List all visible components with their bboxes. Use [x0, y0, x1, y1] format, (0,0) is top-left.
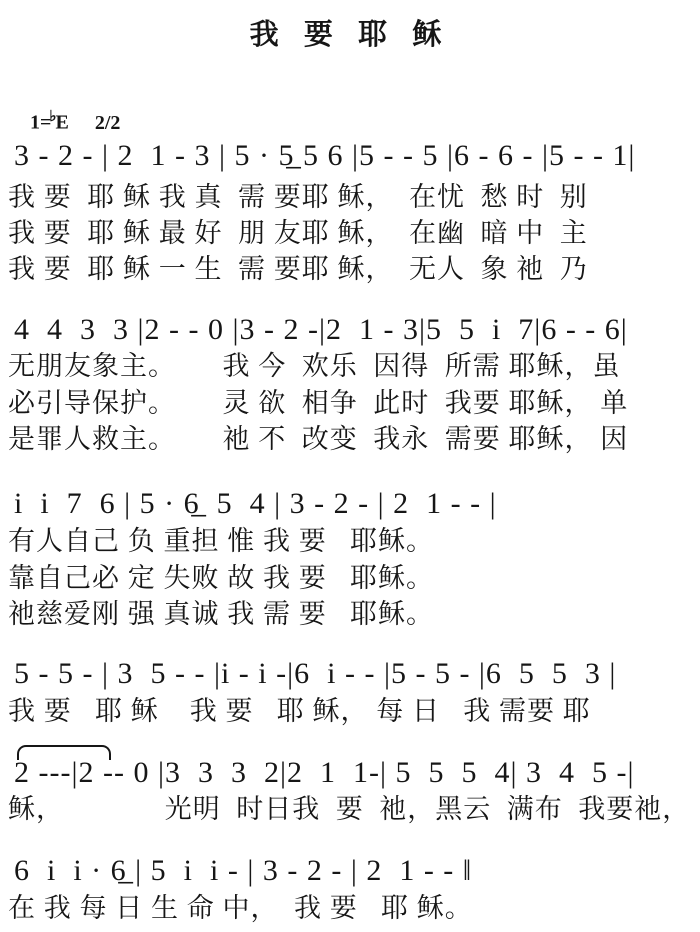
lyrics-verse2-line-2: 必引导保护。 灵 欲 相争 此时 我要 耶稣， 单 [8, 388, 628, 419]
notation-line-3: i i 7 6 | 5 · 6̲ 5 4 | 3 - 2 - | 2 1 - -… [14, 489, 497, 519]
key-letter: E [55, 112, 68, 134]
lyrics-refrain-line-1: 我 要 耶 稣 我 要 耶 稣， 每 日 我 需要 耶 [8, 696, 591, 727]
notation-line-6: 6 i i · 6̲ | 5 i i - | 3 - 2 - | 2 1 - -… [14, 856, 472, 886]
time-signature: 2/2 [95, 112, 121, 134]
lyrics-verse2-line-1: 我 要 耶 稣 最 好 朋 友耶 稣， 在幽 暗 中 主 [8, 218, 588, 249]
lyrics-verse3-line-3: 祂慈爱刚 强 真诚 我 需 要 耶稣。 [8, 599, 434, 630]
notation-line-5: 2 ---|2 -- 0 |3 3 3 2|2 1 1-| 5 5 5 4| 3… [14, 758, 634, 788]
lyrics-refrain-line-3: 在 我 每 日 生 命 中， 我 要 耶 稣。 [8, 893, 473, 924]
lyrics-verse3-line-2: 是罪人救主。 祂 不 改变 我永 需要 耶稣， 因 [8, 424, 628, 455]
notation-line-1: 3 - 2 - | 2 1 - 3 | 5 · 5̲ 5 6 |5 - - 5 … [14, 141, 635, 171]
page-title: 我 要 耶 稣 [0, 12, 700, 53]
lyrics-verse1-line-1: 我 要 耶 稣 我 真 需 要耶 稣， 在忧 愁 时 别 [8, 182, 588, 213]
notation-line-4: 5 - 5 - | 3 5 - - |i - i -|6 i - - |5 - … [14, 659, 616, 689]
lyrics-verse2-line-3: 靠自己必 定 失败 故 我 要 耶稣。 [8, 563, 434, 594]
sheet-music-page: 我 要 耶 稣 1=♭E2/2 3 - 2 - | 2 1 - 3 | 5 · … [0, 0, 700, 932]
lyrics-verse3-line-1: 我 要 耶 稣 一 生 需 要耶 稣， 无人 象 祂 乃 [8, 254, 588, 285]
lyrics-verse1-line-2: 无朋友象主。 我 今 欢乐 因得 所需 耶稣，虽 [8, 351, 621, 382]
lyrics-refrain-line-2: 稣， 光明 时日我 要 祂，黑云 满布 我要祂， [8, 794, 690, 825]
notation-line-2: 4 4 3 3 |2 - - 0 |3 - 2 -|2 1 - 3|5 5 i … [14, 315, 628, 345]
lyrics-verse1-line-3: 有人自己 负 重担 惟 我 要 耶稣。 [8, 526, 434, 557]
